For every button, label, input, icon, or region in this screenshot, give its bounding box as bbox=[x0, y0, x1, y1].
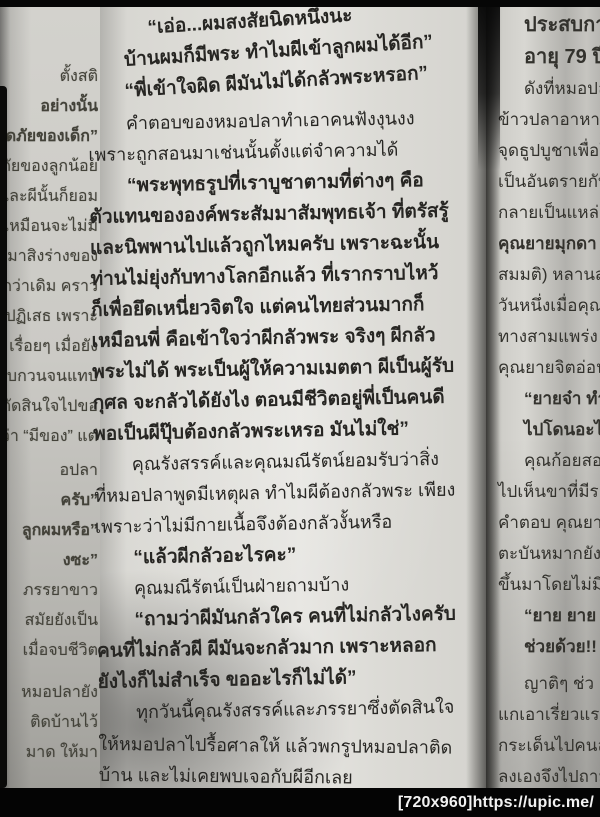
text-line: งซะ” bbox=[0, 546, 98, 576]
text-line: เมื่อจบชีวิต bbox=[0, 636, 98, 666]
text-line: ลูกผมหรือ” bbox=[0, 516, 98, 546]
text-line: ไปโดนอะไ bbox=[498, 414, 600, 445]
text-line: ที่หมอปลาพูดมีเหตุผล ทำไมผีต้องกลัวพระ เ… bbox=[94, 474, 474, 512]
text-line: ตะบันหมากยังแท bbox=[498, 538, 600, 569]
text-line: อปลา bbox=[0, 456, 98, 486]
watermark-text: [720x960]https://upic.me/ bbox=[398, 794, 594, 811]
text-line: ตัดสินใจไปขอ bbox=[0, 392, 98, 422]
text-line: คำตอบ คุณยาย bbox=[498, 507, 600, 538]
next-page-edge: ประสบการอายุ 79 ปีดังที่หมอปลาข้าวปลาอาห… bbox=[486, 7, 600, 788]
text-line: วันหนึ่งเมื่อคุณยาย bbox=[498, 290, 600, 321]
text-line: “ยาย ยาย bbox=[498, 600, 600, 631]
text-line: คำตอบของหมอปลาทำเอาคนฟังงุนงง bbox=[88, 102, 468, 140]
text-line: ทุกวันนี้คุณรังสรรค์และภรรยาซึ่งตัดสินใจ bbox=[98, 691, 478, 729]
book-photo: ตั้งสติอย่างนั้นลอดภัยของเด็ก”ภัยของลูกน… bbox=[0, 0, 600, 817]
text-line: ภรรยาขาว bbox=[0, 576, 98, 606]
text-line: แกเอาเรี่ยวแรงมา bbox=[498, 699, 600, 730]
text-line: กระเด็นไปคนละที bbox=[498, 730, 600, 761]
text-line: “ยายจ๋า ทำ bbox=[498, 383, 600, 414]
text-line: า และผีนั้นก็ยอม bbox=[0, 182, 98, 212]
text-line: ญาติๆ ช่ว bbox=[498, 668, 600, 699]
page-gutter-top-shadow bbox=[478, 0, 500, 170]
text-line: ลอดภัยของเด็ก” bbox=[0, 122, 98, 152]
text-line: ดูเหมือนจะไม่มี bbox=[0, 212, 98, 242]
text-line: ครับ” bbox=[0, 486, 98, 516]
text-line: เป็นอันตรายกับบุค bbox=[498, 166, 600, 197]
text-line: ให้หมอปลาไปรื้อศาลให้ แล้วพกรูปหมอปลาติด bbox=[98, 729, 478, 764]
bottom-watermark-bar: [720x960]https://upic.me/ bbox=[0, 788, 600, 817]
text-line: ทางสามแพร่ง โดย bbox=[498, 321, 600, 352]
top-photo-edge bbox=[0, 0, 600, 7]
text-line: จุดธูปบูชาเพื่อให้ควา bbox=[498, 135, 600, 166]
text-line: ไปเห็นขาที่มีรอยค bbox=[498, 476, 600, 507]
text-line: สมัยยังเป็น bbox=[0, 606, 98, 636]
text-line: คุณก้อยสอบ bbox=[498, 445, 600, 476]
left-photo-edge bbox=[0, 86, 7, 788]
text-line: ปฏิเสธ เพราะ bbox=[0, 302, 98, 332]
current-page: “เอ่อ...ผมสงสัยนิดหนึ่งนะบ้านผมก็มีพระ ท… bbox=[100, 7, 486, 788]
text-line: หมอปลายัง bbox=[0, 678, 98, 708]
text-line: กว่าเดิม คราว bbox=[0, 272, 98, 302]
current-page-text-column: “เอ่อ...ผมสงสัยนิดหนึ่งนะบ้านผมก็มีพระ ท… bbox=[86, 9, 479, 791]
text-line: บกวนจนแทบ bbox=[0, 362, 98, 392]
text-line: กุศล จะกลัวได้ยังไง ตอนมีชีวิตอยู่พี่เป็… bbox=[92, 381, 472, 419]
text-line: กลายเป็นแหล่งชวนข bbox=[498, 197, 600, 228]
text-line: สมมติ) หลานสาวข bbox=[498, 259, 600, 290]
text-line: ติดบ้านไว้ bbox=[0, 708, 98, 738]
text-line: ข้าวปลาอาหารไปวาง bbox=[498, 104, 600, 135]
next-page-text-column: ประสบการอายุ 79 ปีดังที่หมอปลาข้าวปลาอาห… bbox=[498, 9, 600, 792]
text-line: ภัยของลูกน้อย bbox=[0, 152, 98, 182]
text-line: ดังที่หมอปลา bbox=[498, 73, 600, 104]
text-line: ประสบการ bbox=[498, 9, 600, 41]
text-line: คนที่ไม่กลัวผี ผีมันจะกลัวมาก เพราะหลอก bbox=[97, 629, 477, 667]
text-line: ขึ้นมาโดยไม่มีสาเ bbox=[498, 569, 600, 600]
text-line: มก็มาสิงร่างของ bbox=[0, 242, 98, 272]
text-line: คุณยายมุกดา ที่ถูก bbox=[498, 228, 600, 259]
previous-page-text-column: ตั้งสติอย่างนั้นลอดภัยของเด็ก”ภัยของลูกน… bbox=[0, 62, 98, 768]
text-line: เรื่อยๆ เมื่อยัง bbox=[0, 332, 98, 362]
text-line: ช่วยด้วย!! bbox=[498, 631, 600, 662]
text-line: คุณยายจิตอ่อนเข้า bbox=[498, 352, 600, 383]
text-line: ว่า “มีของ” แต่ bbox=[0, 422, 98, 452]
text-line: ตั้งสติ bbox=[0, 62, 98, 92]
text-line: อย่างนั้น bbox=[0, 92, 98, 122]
text-line: อายุ 79 ปี bbox=[498, 41, 600, 73]
text-line: มาด ให้มา bbox=[0, 738, 98, 768]
